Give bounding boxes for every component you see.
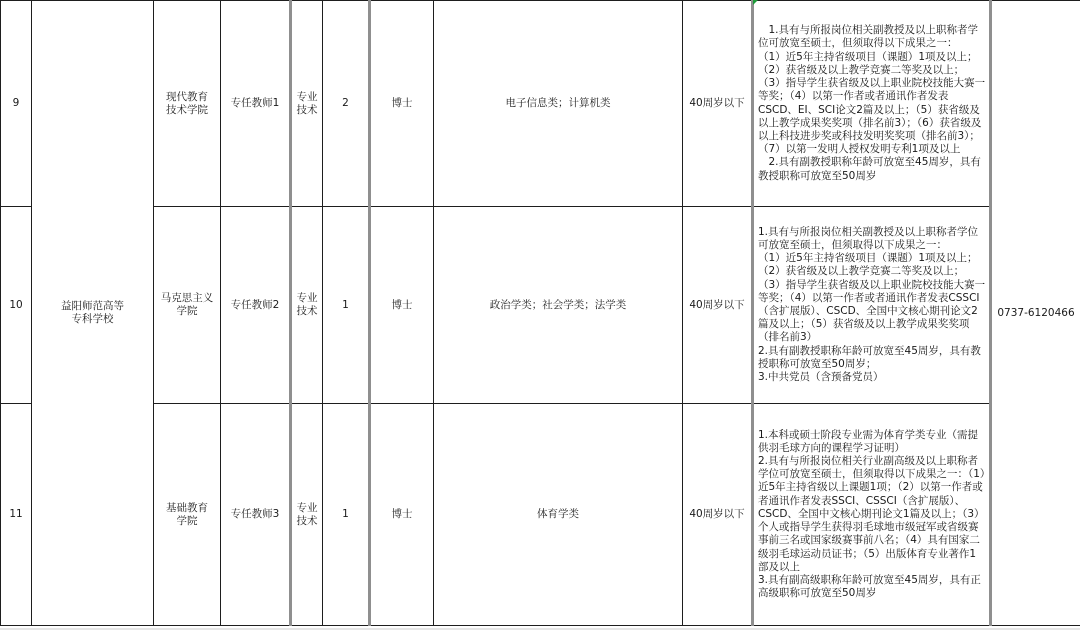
age-cell: 40周岁以下 [683, 1, 753, 207]
requirement-line: （2）获省级及以上教学竞赛二等奖及以上； [758, 265, 986, 278]
requirement-line: 3.具有副高级职称年龄可放宽至45周岁，具有正高级职称可放宽至50周岁 [758, 574, 986, 600]
department-cell: 基础教育 学院 [154, 404, 221, 626]
requirements-cell: 1.具有与所报岗位相关副教授及以上职称者学位可放宽至硕士，但须取得以下成果之一：… [753, 207, 991, 404]
requirement-line: 3.中共党员（含预备党员） [758, 371, 986, 384]
department-line: 马克思主义 [154, 292, 220, 305]
count-cell: 1 [323, 404, 370, 626]
requirement-line: （1）近5年主持省级项目（课题）1项及以上； [758, 252, 986, 265]
position-cell: 专任教师3 [221, 404, 291, 626]
requirement-line: 2.具有副教授职称年龄可放宽至45周岁，具有教授职称可放宽至50周岁； [758, 345, 986, 371]
row-number: 11 [1, 404, 32, 626]
employer-cell: 益阳师范高等 专科学校 [32, 1, 154, 626]
requirements-cell: 1.具有与所报岗位相关副教授及以上职称者学位可放宽至硕士，但须取得以下成果之一：… [753, 1, 991, 207]
requirement-line: 1.具有与所报岗位相关副教授及以上职称者学位可放宽至硕士，但须取得以下成果之一： [758, 24, 986, 50]
requirement-line: （1）近5年主持省级项目（课题）1项及以上； [758, 51, 986, 64]
requirement-line: 1.本科或硕士阶段专业需为体育学类专业（需提供羽毛球方向的课程学习证明） [758, 429, 986, 455]
degree-cell: 博士 [370, 207, 434, 404]
department-line: 学院 [154, 515, 220, 528]
count-cell: 2 [323, 1, 370, 207]
requirement-line: 1.具有与所报岗位相关副教授及以上职称者学位可放宽至硕士，但须取得以下成果之一： [758, 226, 986, 252]
degree-cell: 博士 [370, 1, 434, 207]
employer-name-line: 益阳师范高等 [61, 300, 124, 313]
age-cell: 40周岁以下 [683, 207, 753, 404]
category-cell: 专业 技术 [291, 1, 323, 207]
table-row: 11 基础教育 学院 专任教师3 专业 技术 1 博士 体育学类 40周岁以下 … [1, 404, 1080, 626]
degree-cell: 博士 [370, 404, 434, 626]
count-cell: 1 [323, 207, 370, 404]
age-cell: 40周岁以下 [683, 404, 753, 626]
department-line: 技术学院 [154, 104, 220, 117]
requirements-cell: 1.本科或硕士阶段专业需为体育学类专业（需提供羽毛球方向的课程学习证明） 2.具… [753, 404, 991, 626]
major-cell: 政治学类；社会学类；法学类 [434, 207, 683, 404]
category-cell: 专业 技术 [291, 207, 323, 404]
category-line: 技术 [292, 305, 322, 318]
requirement-line: 2.具有副教授职称年龄可放宽至45周岁，具有教授职称可放宽至50周岁 [758, 156, 986, 182]
requirement-line: （3）指导学生获省级及以上职业院校技能大赛一等奖；（4）以第一作者或者通讯作者发… [758, 279, 986, 345]
category-line: 技术 [292, 515, 322, 528]
department-cell: 现代教育 技术学院 [154, 1, 221, 207]
recruitment-table: 9 益阳师范高等 专科学校 现代教育 技术学院 专任教师1 专业 技术 2 博士… [0, 0, 1080, 626]
department-line: 学院 [154, 305, 220, 318]
position-cell: 专任教师2 [221, 207, 291, 404]
row-number: 10 [1, 207, 32, 404]
phone-cell: 0737-6120466 [991, 1, 1080, 626]
requirement-line: 2.具有与所报岗位相关行业副高级及以上职称者学位可放宽至硕士，但须取得以下成果之… [758, 455, 986, 574]
department-line: 现代教育 [154, 91, 220, 104]
employer-name-line: 专科学校 [61, 313, 124, 326]
row-number: 9 [1, 1, 32, 207]
cell-comment-marker-icon [753, 0, 758, 5]
requirement-line: （2）获省级及以上教学竞赛二等奖及以上； [758, 64, 986, 77]
major-cell: 电子信息类；计算机类 [434, 1, 683, 207]
category-line: 专业 [292, 502, 322, 515]
category-cell: 专业 技术 [291, 404, 323, 626]
department-cell: 马克思主义 学院 [154, 207, 221, 404]
category-line: 专业 [292, 91, 322, 104]
table-row: 9 益阳师范高等 专科学校 现代教育 技术学院 专任教师1 专业 技术 2 博士… [1, 1, 1080, 207]
requirement-line: （3）指导学生获省级及以上职业院校技能大赛一等奖；（4）以第一作者或者通讯作者发… [758, 77, 986, 156]
major-cell: 体育学类 [434, 404, 683, 626]
category-line: 专业 [292, 292, 322, 305]
category-line: 技术 [292, 104, 322, 117]
position-cell: 专任教师1 [221, 1, 291, 207]
table-row: 10 马克思主义 学院 专任教师2 专业 技术 1 博士 政治学类；社会学类；法… [1, 207, 1080, 404]
department-line: 基础教育 [154, 502, 220, 515]
